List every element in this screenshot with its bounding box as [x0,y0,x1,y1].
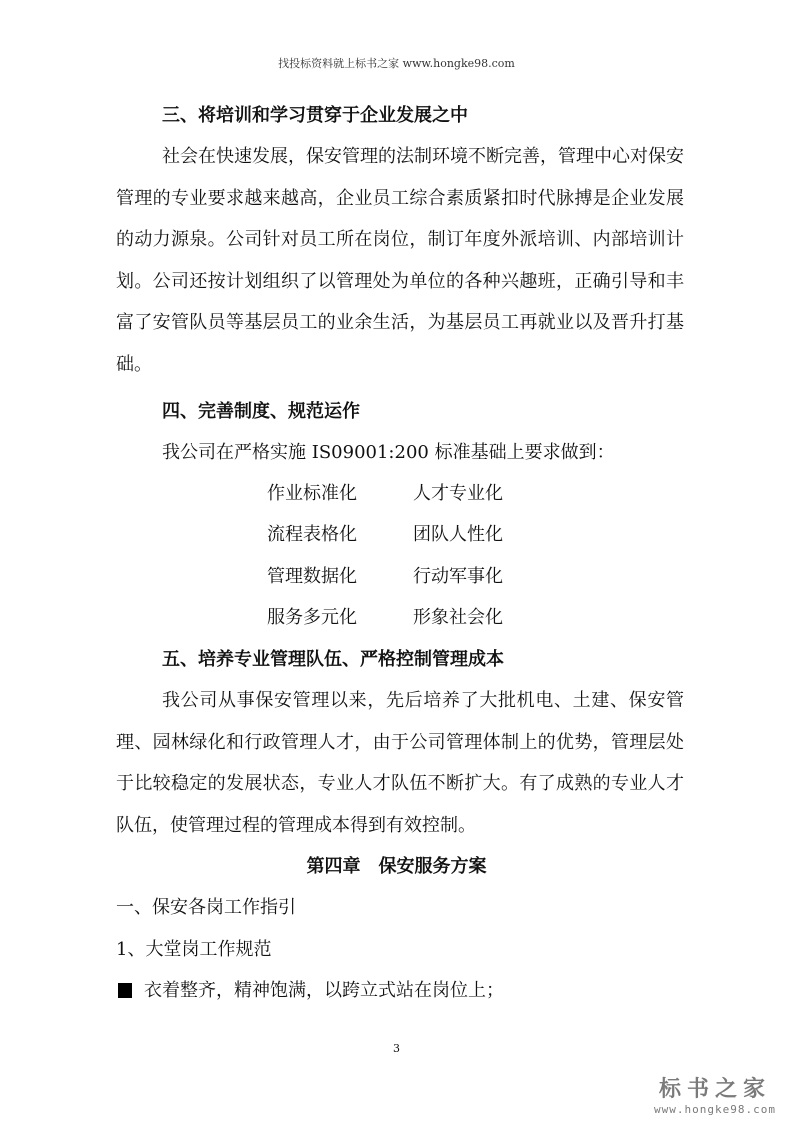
standard-item: 服务多元化 [267,606,357,630]
page-header: 找投标资料就上标书之家 www.hongke98.com [0,55,793,71]
standard-item: 流程表格化 [267,523,357,547]
watermark-url: www.hongke98.com [640,1103,790,1116]
page-number: 3 [0,1042,793,1055]
chapter-title: 第四章 保安服务方案 [0,855,793,879]
section3-heading: 三、将培训和学习贯穿于企业发展之中 [162,104,468,128]
section4-heading: 四、完善制度、规范运作 [162,400,360,424]
subsection-heading: 1、大堂岗工作规范 [116,938,271,962]
standard-item: 人才专业化 [413,482,503,506]
subsection-heading: 一、保安各岗工作指引 [116,896,296,920]
bullet-item: 衣着整齐，精神饱满，以跨立式站在岗位上； [118,979,504,1003]
watermark-title: 标书之家 [640,1072,790,1103]
section5-paragraph: 我公司从事保安管理以来，先后培养了大批机电、土建、保安管理、园林绿化和行政管理人… [116,680,684,846]
standard-item: 形象社会化 [413,606,503,630]
bullet-text: 衣着整齐，精神饱满，以跨立式站在岗位上； [144,980,504,1001]
standard-item: 作业标准化 [267,482,357,506]
square-bullet-icon [118,983,132,998]
standard-item: 团队人性化 [413,523,503,547]
watermark-logo: 标书之家 www.hongke98.com [640,1072,790,1116]
standard-item: 行动军事化 [413,565,503,589]
section5-heading: 五、培养专业管理队伍、严格控制管理成本 [162,648,504,672]
section3-paragraph: 社会在快速发展，保安管理的法制环境不断完善，管理中心对保安管理的专业要求越来越高… [116,136,684,385]
section4-intro: 我公司在严格实施 IS09001:200 标准基础上要求做到： [162,441,615,465]
standard-item: 管理数据化 [267,565,357,589]
